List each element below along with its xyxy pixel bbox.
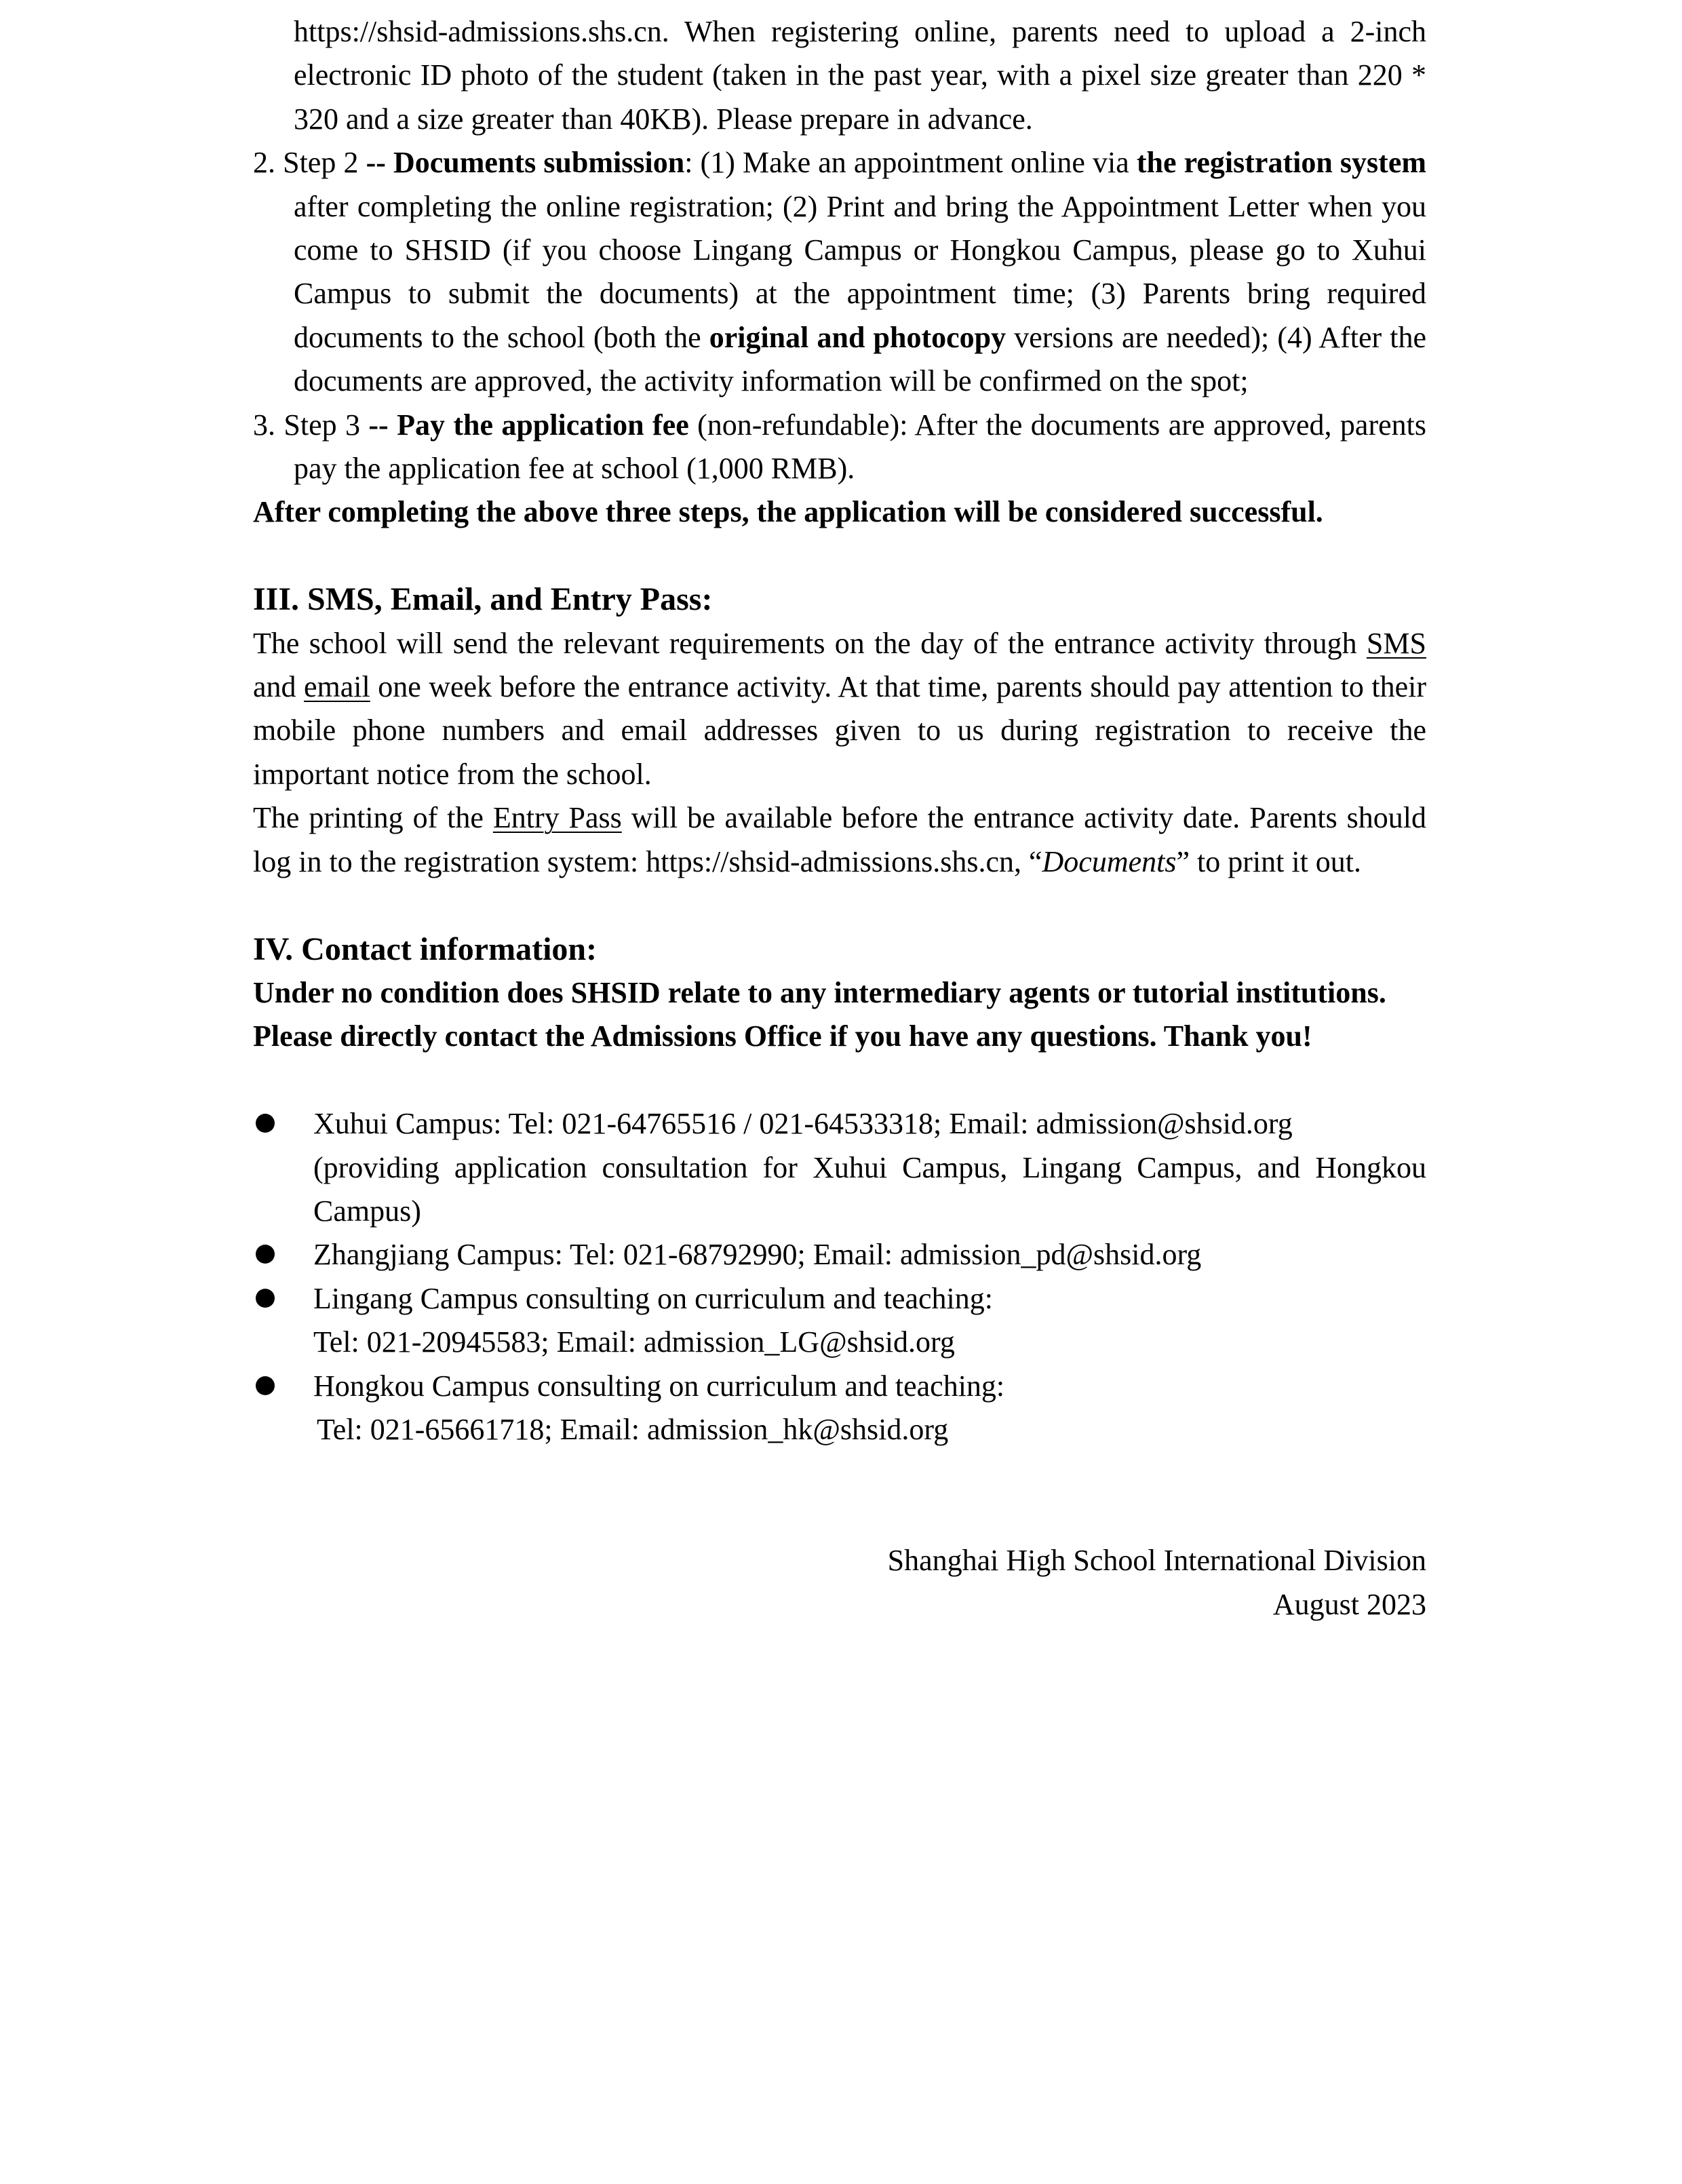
section3-paragraph-1: The school will send the relevant requir… [253, 622, 1426, 797]
step3-item: 3. Step 3 -- Pay the application fee (no… [253, 404, 1426, 491]
section3-p1-text-1: The school will send the relevant requir… [253, 627, 1367, 660]
step3-prefix: 3. Step 3 [253, 408, 368, 442]
step1-continuation: https://shsid-admissions.shs.cn. When re… [253, 10, 1426, 141]
step2-prefix: 2. Step 2 [253, 146, 366, 179]
contact-hongkou-label: Hongkou Campus consulting on curriculum … [313, 1365, 1426, 1408]
close-quote: ” [1176, 845, 1190, 878]
document-page: https://shsid-admissions.shs.cn. When re… [253, 10, 1426, 1626]
section4-notice-line-1: Under no condition does SHSID relate to … [253, 971, 1426, 1015]
section4-heading: IV. Contact information: [253, 928, 1426, 971]
contact-zhangjiang-details: Zhangjiang Campus: Tel: 021-68792990; Em… [313, 1233, 1426, 1276]
steps-conclusion: After completing the above three steps, … [253, 490, 1426, 534]
sms-underlined: SMS [1367, 627, 1426, 660]
contact-item-lingang: Lingang Campus consulting on curriculum … [253, 1277, 1426, 1365]
section3-p1-text-3: one week before the entrance activity. A… [253, 670, 1426, 791]
section3-paragraph-2: The printing of the Entry Pass will be a… [253, 796, 1426, 884]
section3-heading: III. SMS, Email, and Entry Pass: [253, 578, 1426, 621]
step2-text-1: : (1) Make an appointment online via [684, 146, 1137, 179]
spacer [253, 1059, 1426, 1102]
spacer [253, 884, 1426, 927]
section3-p2-text-3: to print it out. [1190, 845, 1361, 878]
contact-item-hongkou: Hongkou Campus consulting on curriculum … [253, 1365, 1426, 1452]
documents-italic: Documents [1042, 845, 1177, 878]
bullet-icon [256, 1289, 275, 1308]
step2-bold-registration-system: the registration system [1137, 146, 1426, 179]
section3-p1-text-2: and [253, 670, 304, 703]
step2-item: 2. Step 2 -- Documents submission: (1) M… [253, 141, 1426, 403]
bullet-icon [256, 1245, 275, 1264]
contact-item-xuhui: Xuhui Campus: Tel: 021-64765516 / 021-64… [253, 1102, 1426, 1233]
signature-organization: Shanghai High School International Divis… [253, 1539, 1426, 1582]
contact-hongkou-details: Tel: 021-65661718; Email: admission_hk@s… [313, 1408, 1426, 1451]
contact-item-zhangjiang: Zhangjiang Campus: Tel: 021-68792990; Em… [253, 1233, 1426, 1276]
contact-xuhui-details: Xuhui Campus: Tel: 021-64765516 / 021-64… [313, 1102, 1426, 1146]
entry-pass-underlined: Entry Pass [493, 801, 622, 834]
contact-lingang-label: Lingang Campus consulting on curriculum … [313, 1277, 1426, 1321]
section3-p2-text-1: The printing of the [253, 801, 493, 834]
contact-xuhui-note: (providing application consultation for … [313, 1146, 1426, 1234]
spacer [253, 534, 1426, 578]
contact-lingang-details: Tel: 021-20945583; Email: admission_LG@s… [313, 1321, 1426, 1364]
bullet-icon [256, 1376, 275, 1395]
contact-list: Xuhui Campus: Tel: 021-64765516 / 021-64… [253, 1102, 1426, 1451]
spacer [253, 1451, 1426, 1495]
section4-notice-line-2: Please directly contact the Admissions O… [253, 1015, 1426, 1058]
step2-bold-original-photocopy: original and photocopy [709, 321, 1006, 354]
spacer [253, 1496, 1426, 1539]
signature-date: August 2023 [253, 1583, 1426, 1626]
step1-text: https://shsid-admissions.shs.cn. When re… [294, 15, 1426, 136]
step2-dashes: -- [366, 146, 386, 179]
email-underlined: email [304, 670, 370, 703]
bullet-icon [256, 1114, 275, 1133]
open-quote: “ [1029, 845, 1042, 878]
step3-title: Pay the application fee [397, 408, 689, 442]
step3-dashes: -- [368, 408, 388, 442]
step2-title: Documents submission [393, 146, 684, 179]
